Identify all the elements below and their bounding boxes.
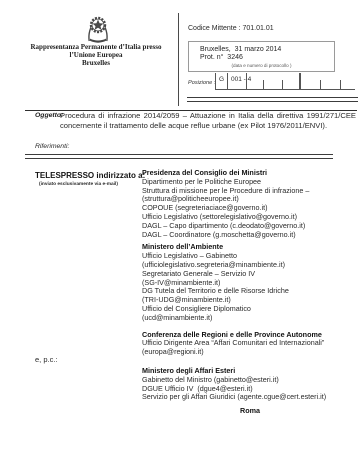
cc-label: e, p.c.: <box>35 355 58 364</box>
posizione-cell: G <box>219 76 224 83</box>
codice-mittente: Codice Mittente : 701.01.01 <box>188 25 274 32</box>
sender-line: Bruxelles <box>8 60 184 68</box>
italy-emblem-icon <box>86 14 110 43</box>
recipients-list: Presidenza del Consiglio dei MinistriDip… <box>142 169 358 402</box>
recipient-block: Conferenza delle Regioni e delle Provinc… <box>142 331 358 357</box>
recipients-column: Presidenza del Consiglio dei MinistriDip… <box>142 169 358 416</box>
recipient-line: Servizio per gli Affari Giuridici (agent… <box>142 393 358 402</box>
header-vertical-divider <box>178 13 179 106</box>
recipient-line: (europa@regioni.it) <box>142 348 358 357</box>
subject-bottom-double-rule <box>25 154 333 159</box>
posizione-tick <box>299 73 301 89</box>
posizione-tick <box>215 73 216 89</box>
protocol-date: Bruxelles, 31 marzo 2014 <box>200 46 281 53</box>
posizione-tick <box>227 73 228 89</box>
recipient-block: Ministero degli Affari EsteriGabinetto d… <box>142 367 358 402</box>
protocol-caption: (data e numero di protocollo ) <box>189 63 334 68</box>
posizione-tick <box>320 80 321 89</box>
header-double-rule <box>187 97 358 102</box>
posizione-tick <box>282 80 283 89</box>
destination-city: Roma <box>142 407 358 416</box>
recipient-line: (ucd@minambiente.it) <box>142 314 358 323</box>
posizione-tick <box>263 80 264 89</box>
subject-text: Procedura di infrazione 2014/2059 – Attu… <box>60 111 356 132</box>
protocol-box: Bruxelles, 31 marzo 2014 Prot. n° 3246 (… <box>188 41 335 72</box>
recipient-line: DAGL – Coordinatore (g.moschetta@governo… <box>142 231 358 240</box>
posizione-tick <box>340 80 341 89</box>
posizione-cell: 001 - 4 <box>231 76 251 83</box>
document-page: Rappresentanza Permanente d’Italia press… <box>0 0 360 466</box>
recipient-block: Ministero dell’AmbienteUfficio Legislati… <box>142 243 358 322</box>
sender-identity: Rappresentanza Permanente d’Italia press… <box>8 44 184 67</box>
posizione-strip: G 001 - 4 <box>215 73 355 90</box>
protocol-number: Prot. n° 3246 <box>200 54 243 61</box>
riferimenti-label: Riferimenti: <box>35 143 69 150</box>
telespresso-sublabel: (inviato esclusivamente via e-mail) <box>39 182 118 187</box>
telespresso-label: TELESPRESSO indirizzato a: <box>35 171 145 180</box>
recipient-block: Presidenza del Consiglio dei MinistriDip… <box>142 169 358 239</box>
posizione-label: Posizione : <box>188 80 215 86</box>
